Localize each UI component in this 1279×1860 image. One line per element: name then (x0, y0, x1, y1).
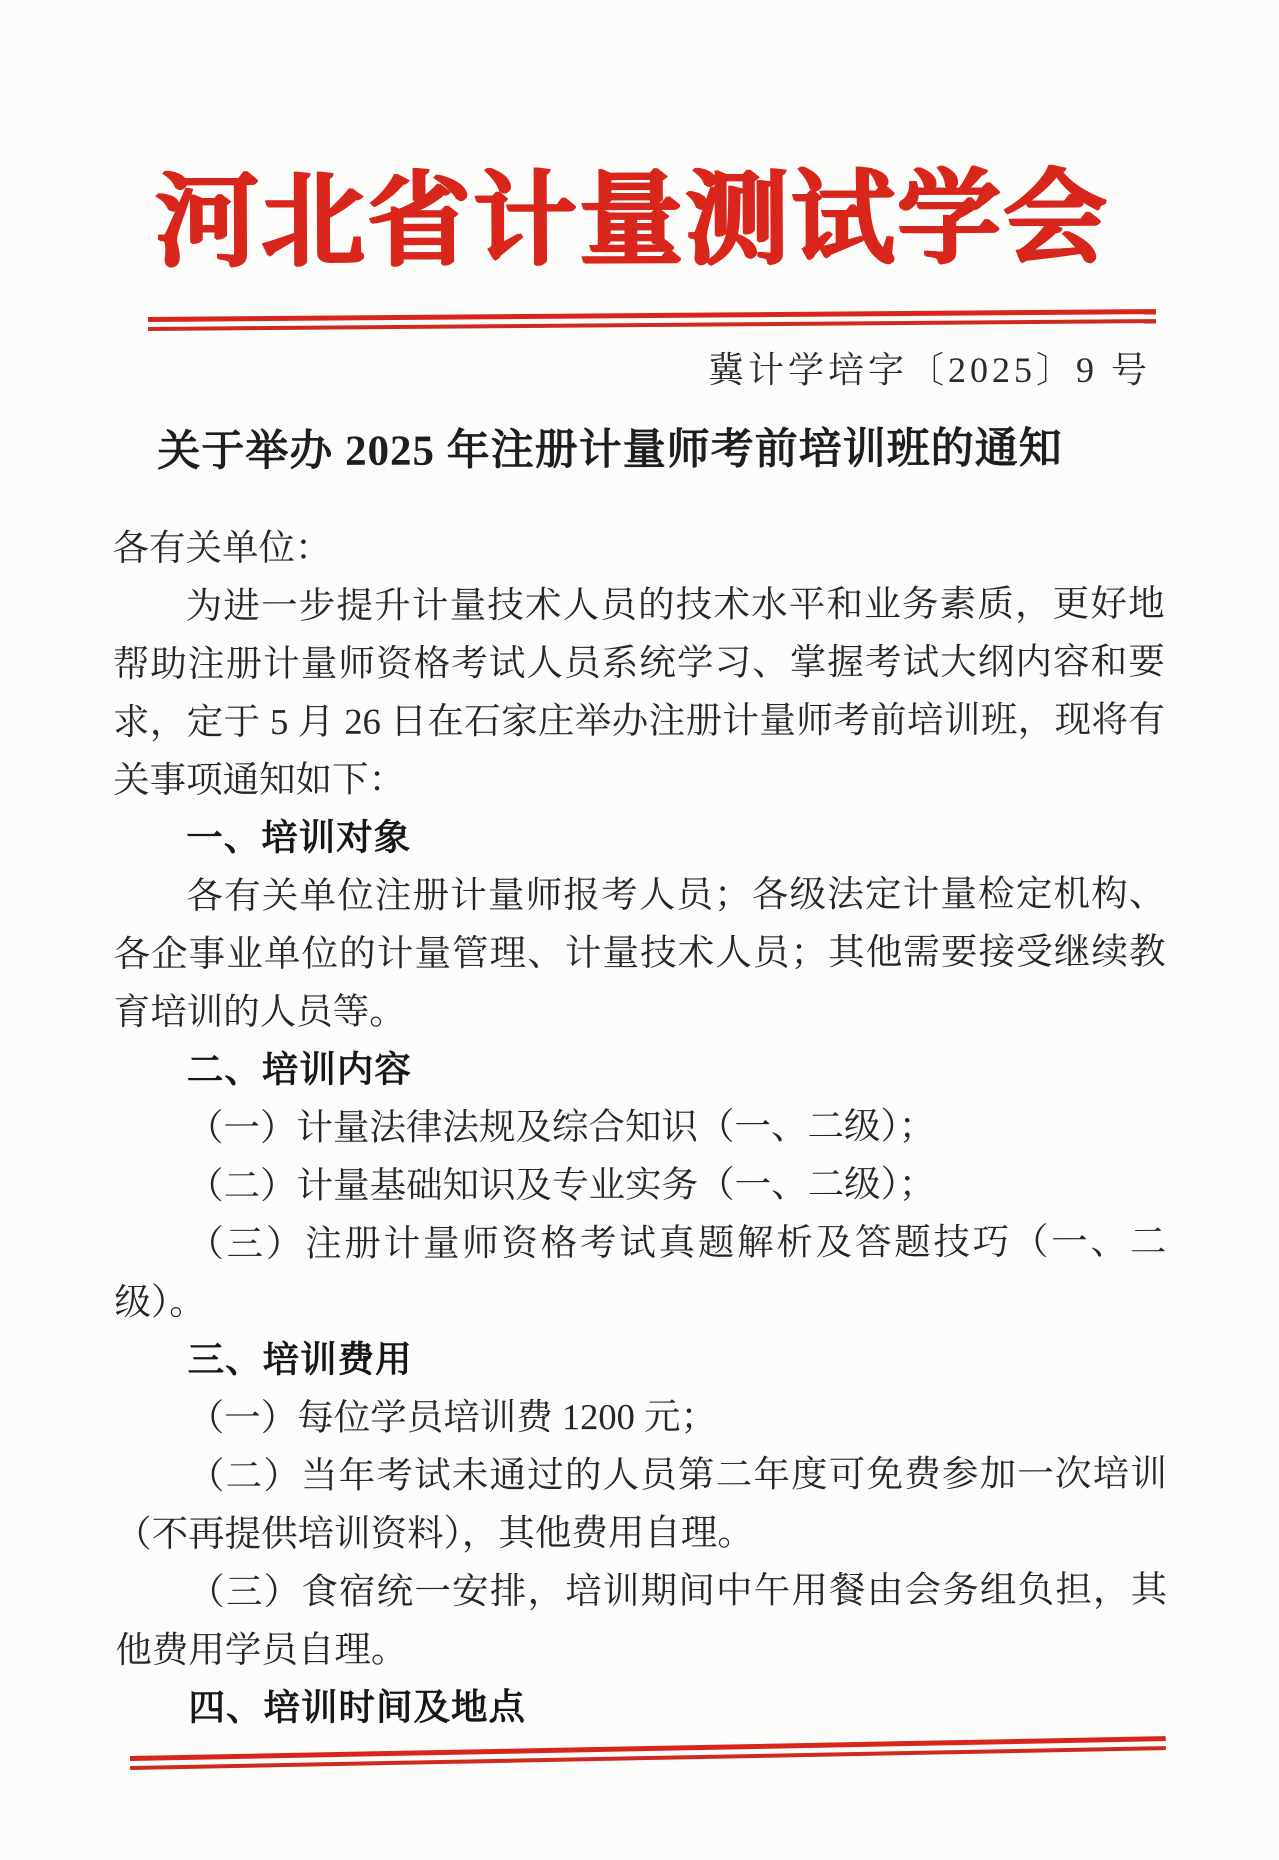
intro-paragraph: 为进一步提升计量技术人员的技术水平和业务素质，更好地帮助注册计量师资格考试人员系… (113, 575, 1166, 810)
section-heading-training-fee: 三、培训费用 (115, 1329, 1167, 1390)
notice-document-page: 河北省计量测试学会 冀计学培字〔2025〕9 号 关于举办 2025 年注册计量… (0, 0, 1279, 1860)
training-target-paragraph: 各有关单位注册计量师报考人员；各级法定计量检定机构、各企事业单位的计量管理、计量… (113, 865, 1165, 1042)
section-heading-training-content: 二、培训内容 (114, 1039, 1166, 1100)
training-content-item-1: （一）计量法律法规及综合知识（一、二级）； (114, 1097, 1166, 1158)
footer-divider-rule (130, 1736, 1166, 1770)
section-heading-time-location: 四、培训时间及地点 (115, 1677, 1167, 1738)
notice-title: 关于举办 2025 年注册计量师考前培训班的通知 (60, 414, 1160, 479)
notice-body: 各有关单位： 为进一步提升计量技术人员的技术水平和业务素质，更好地帮助注册计量师… (112, 517, 1167, 1738)
training-fee-item-2: （二）当年考试未通过的人员第二年度可免费参加一次培训（不再提供培训资料），其他费… (115, 1445, 1167, 1564)
document-number: 冀计学培字〔2025〕9 号 (708, 342, 1151, 393)
training-fee-item-1: （一）每位学员培训费 1200 元； (115, 1387, 1167, 1448)
organization-masthead: 河北省计量测试学会 (90, 146, 1176, 276)
masthead-divider-rule (148, 309, 1156, 331)
training-content-item-2: （二）计量基础知识及专业实务（一、二级）； (114, 1155, 1166, 1216)
salutation-line: 各有关单位： (112, 517, 1164, 578)
training-content-item-3: （三）注册计量师资格考试真题解析及答题技巧（一、二级）。 (114, 1213, 1166, 1332)
training-fee-item-3: （三）食宿统一安排，培训期间中午用餐由会务组负担，其他费用学员自理。 (115, 1561, 1167, 1680)
section-heading-training-target: 一、培训对象 (113, 807, 1165, 868)
